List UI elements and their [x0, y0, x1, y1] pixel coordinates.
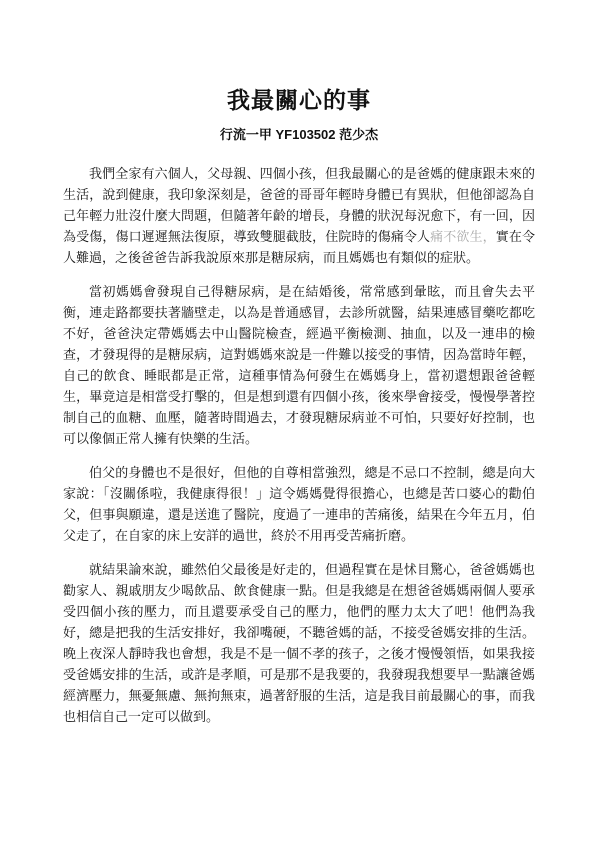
- muted-text-segment: 痛不欲生，: [430, 229, 496, 244]
- text-segment: 當初媽媽會發現自己得糖尿病，是在結婚後，常常感到暈眩，而且會失去平衡，連走路都要…: [63, 284, 535, 446]
- document-title: 我最關心的事: [63, 82, 535, 115]
- text-segment: 伯父的身體也不是很好，但他的自尊相當強烈，總是不忌口不控制，總是向大家說：「沒關…: [63, 465, 535, 543]
- paragraph: 就結果論來說，雖然伯父最後是好走的，但過程實在是怵目驚心，爸爸媽媽也勸家人、親戚…: [63, 559, 535, 727]
- paragraph: 伯父的身體也不是很好，但他的自尊相當強烈，總是不忌口不控制，總是向大家說：「沒關…: [63, 462, 535, 546]
- document-page: 我最關心的事 行流一甲 YF103502 范少杰 我們全家有六個人，父母親、四個…: [0, 0, 596, 843]
- document-byline: 行流一甲 YF103502 范少杰: [63, 124, 535, 143]
- document-body: 我們全家有六個人，父母親、四個小孩，但我最關心的是爸媽的健康跟未來的生活，說到健…: [63, 163, 535, 727]
- text-segment: 就結果論來說，雖然伯父最後是好走的，但過程實在是怵目驚心，爸爸媽媽也勸家人、親戚…: [63, 562, 535, 724]
- paragraph: 當初媽媽會發現自己得糖尿病，是在結婚後，常常感到暈眩，而且會失去平衡，連走路都要…: [63, 281, 535, 449]
- paragraph: 我們全家有六個人，父母親、四個小孩，但我最關心的是爸媽的健康跟未來的生活，說到健…: [63, 163, 535, 268]
